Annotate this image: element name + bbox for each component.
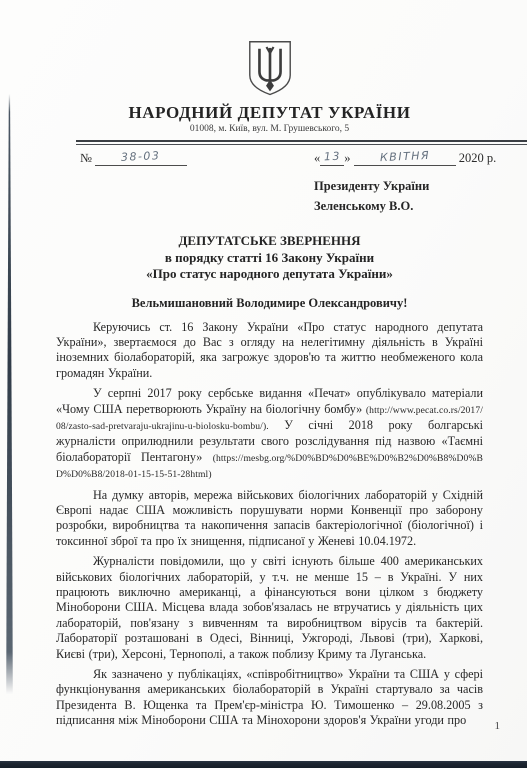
paragraph-5: Як зазначено у публікаціях, «співробітни…	[56, 667, 483, 729]
paragraph-3: На думку авторів, мережа військових біол…	[56, 488, 483, 550]
letter-body: Керуючись ст. 16 Закону України «Про ста…	[56, 320, 483, 729]
letterhead-address: 01008, м. Київ, вул. М. Грушевського, 5	[56, 123, 483, 135]
date-close-quote: »	[344, 151, 350, 165]
reference-number: № 38-03	[80, 150, 187, 166]
date-month-handwritten: КВІТНЯ	[379, 149, 430, 165]
reference-number-field: 38-03	[95, 150, 187, 166]
document-title-law-name: «Про статус народного депутата України»	[56, 266, 483, 283]
document-title: ДЕПУТАТСЬКЕ ЗВЕРНЕННЯ	[56, 233, 483, 250]
reference-number-label: №	[80, 151, 92, 165]
document-title-law: в порядку статті 16 Закону України	[56, 250, 483, 267]
salutation: Вельмишановний Володимире Олександровичу…	[56, 296, 483, 311]
date-day-handwritten: 13	[323, 150, 341, 165]
date-year: 2020 р.	[459, 151, 497, 165]
addressee-title: Президенту України	[314, 176, 483, 196]
paragraph-1: Керуючись ст. 16 Закону України «Про ста…	[56, 320, 483, 382]
reference-date: «13» КВІТНЯ 2020 р.	[314, 150, 496, 166]
paragraph-4: Журналісти повідомили, що у світі існуют…	[56, 554, 483, 662]
scanned-letter-page: НАРОДНИЙ ДЕПУТАТ УКРАЇНИ 01008, м. Київ,…	[0, 0, 527, 768]
page-number: 1	[495, 720, 501, 732]
letterhead-title: НАРОДНИЙ ДЕПУТАТ УКРАЇНИ	[56, 103, 483, 123]
document-title-block: ДЕПУТАТСЬКЕ ЗВЕРНЕННЯ в порядку статті 1…	[56, 233, 483, 283]
addressee-name: Зеленському В.О.	[314, 196, 483, 216]
reference-row: № 38-03 «13» КВІТНЯ 2020 р.	[56, 150, 483, 172]
addressee-block: Президенту України Зеленському В.О.	[314, 176, 483, 216]
reference-number-handwritten: 38-03	[121, 149, 161, 165]
ukraine-trident-icon	[243, 40, 297, 98]
date-day-field: 13	[320, 150, 344, 166]
letter-content: НАРОДНИЙ ДЕПУТАТ УКРАЇНИ 01008, м. Київ,…	[0, 0, 527, 768]
paragraph-2: У серпні 2017 року сербське видання «Печ…	[56, 386, 483, 482]
letterhead-divider	[76, 140, 527, 145]
date-month-field: КВІТНЯ	[354, 150, 456, 166]
